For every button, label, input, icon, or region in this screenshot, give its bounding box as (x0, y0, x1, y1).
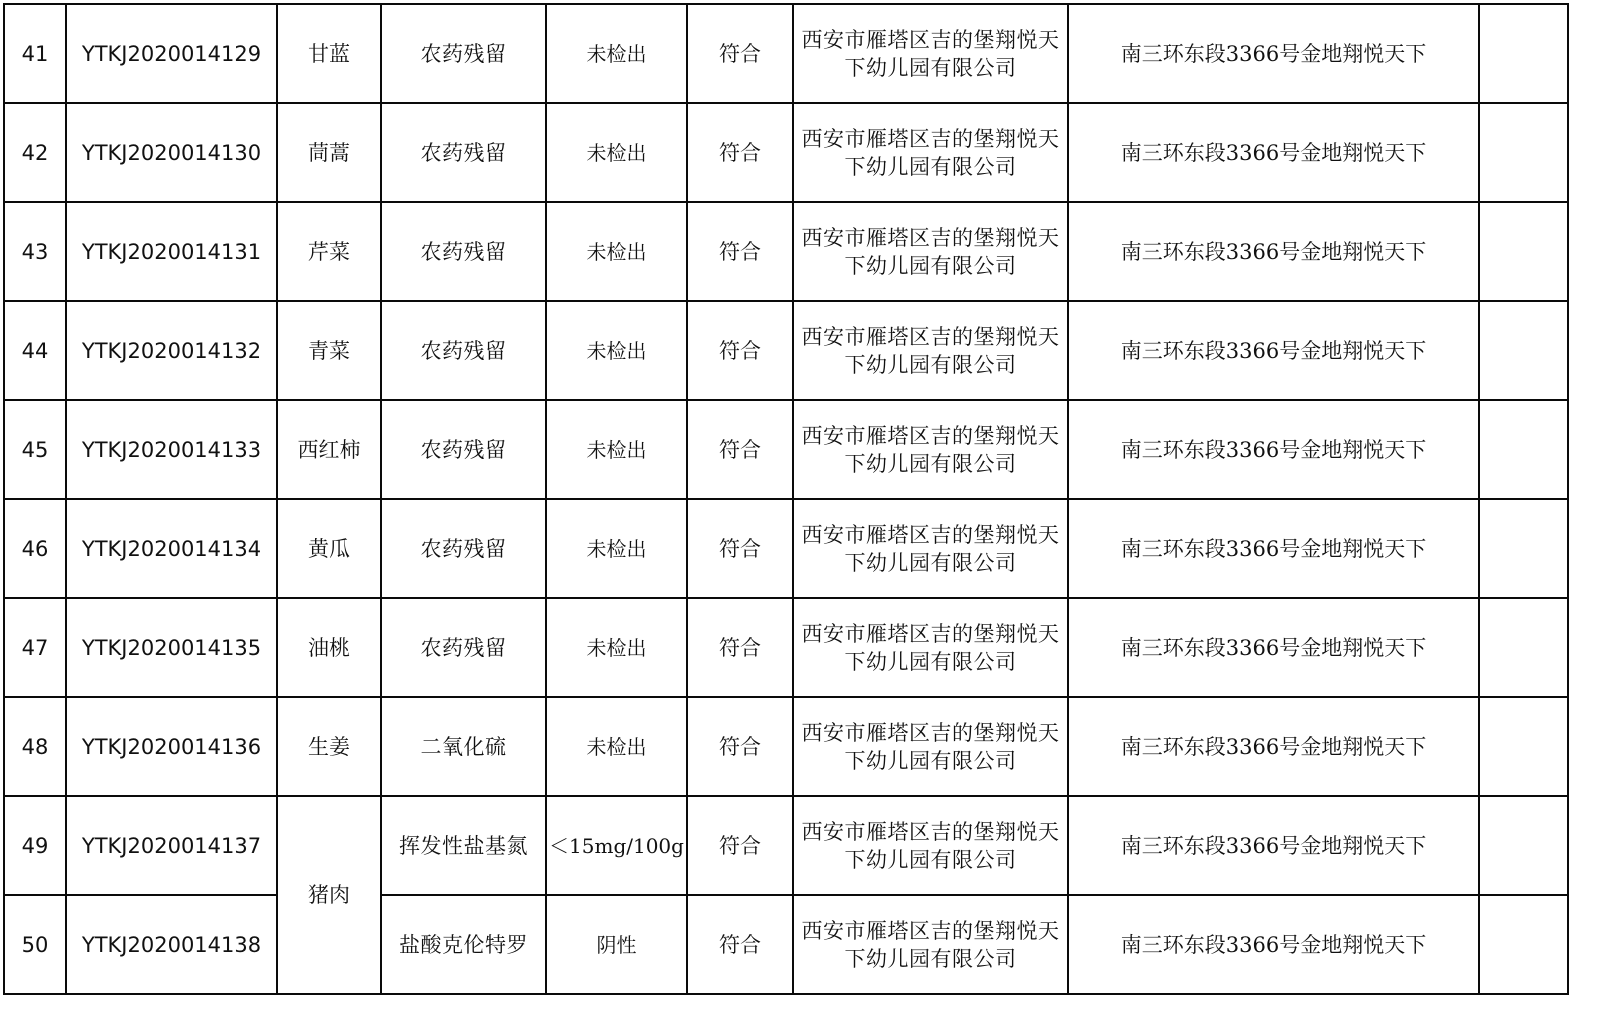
table-row: 42 YTKJ2020014130 茼蒿 农药残留 未检出 符合 西安市雁塔区吉… (4, 103, 1568, 202)
inspected-organization: 西安市雁塔区吉的堡翔悦天下幼儿园有限公司 (793, 499, 1068, 598)
address: 南三环东段3366号金地翔悦天下 (1068, 796, 1479, 895)
sample-code: YTKJ2020014129 (66, 4, 277, 103)
address: 南三环东段3366号金地翔悦天下 (1068, 103, 1479, 202)
sample-name: 油桃 (277, 598, 381, 697)
row-number: 46 (4, 499, 66, 598)
test-result: 未检出 (546, 4, 687, 103)
remark (1479, 895, 1568, 994)
test-result: 未检出 (546, 301, 687, 400)
test-item: 农药残留 (381, 499, 546, 598)
inspected-organization: 西安市雁塔区吉的堡翔悦天下幼儿园有限公司 (793, 103, 1068, 202)
sample-name: 芹菜 (277, 202, 381, 301)
table-row: 41 YTKJ2020014129 甘蓝 农药残留 未检出 符合 西安市雁塔区吉… (4, 4, 1568, 103)
row-number: 49 (4, 796, 66, 895)
inspected-organization: 西安市雁塔区吉的堡翔悦天下幼儿园有限公司 (793, 598, 1068, 697)
sample-name: 青菜 (277, 301, 381, 400)
test-result: 阴性 (546, 895, 687, 994)
test-item: 农药残留 (381, 598, 546, 697)
row-number: 43 (4, 202, 66, 301)
inspected-organization: 西安市雁塔区吉的堡翔悦天下幼儿园有限公司 (793, 400, 1068, 499)
address: 南三环东段3366号金地翔悦天下 (1068, 400, 1479, 499)
table-row: 47 YTKJ2020014135 油桃 农药残留 未检出 符合 西安市雁塔区吉… (4, 598, 1568, 697)
test-item: 农药残留 (381, 202, 546, 301)
test-item: 农药残留 (381, 400, 546, 499)
sample-code: YTKJ2020014135 (66, 598, 277, 697)
sample-code: YTKJ2020014138 (66, 895, 277, 994)
test-result: ＜15mg/100g (546, 796, 687, 895)
sample-code: YTKJ2020014134 (66, 499, 277, 598)
remark (1479, 103, 1568, 202)
remark (1479, 697, 1568, 796)
inspected-organization: 西安市雁塔区吉的堡翔悦天下幼儿园有限公司 (793, 301, 1068, 400)
address: 南三环东段3366号金地翔悦天下 (1068, 4, 1479, 103)
inspection-results-table: 41 YTKJ2020014129 甘蓝 农药残留 未检出 符合 西安市雁塔区吉… (3, 3, 1569, 995)
verdict: 符合 (687, 400, 793, 499)
remark (1479, 499, 1568, 598)
address: 南三环东段3366号金地翔悦天下 (1068, 598, 1479, 697)
sample-name: 黄瓜 (277, 499, 381, 598)
address: 南三环东段3366号金地翔悦天下 (1068, 895, 1479, 994)
remark (1479, 301, 1568, 400)
verdict: 符合 (687, 796, 793, 895)
test-item: 二氧化硫 (381, 697, 546, 796)
sample-code: YTKJ2020014131 (66, 202, 277, 301)
test-item: 盐酸克伦特罗 (381, 895, 546, 994)
inspected-organization: 西安市雁塔区吉的堡翔悦天下幼儿园有限公司 (793, 697, 1068, 796)
remark (1479, 202, 1568, 301)
sample-name: 茼蒿 (277, 103, 381, 202)
address: 南三环东段3366号金地翔悦天下 (1068, 202, 1479, 301)
remark (1479, 4, 1568, 103)
remark (1479, 796, 1568, 895)
address: 南三环东段3366号金地翔悦天下 (1068, 301, 1479, 400)
sample-name: 猪肉 (277, 796, 381, 994)
verdict: 符合 (687, 301, 793, 400)
verdict: 符合 (687, 4, 793, 103)
test-result: 未检出 (546, 202, 687, 301)
sample-code: YTKJ2020014132 (66, 301, 277, 400)
test-item: 挥发性盐基氮 (381, 796, 546, 895)
address: 南三环东段3366号金地翔悦天下 (1068, 697, 1479, 796)
table-row: 50 YTKJ2020014138 盐酸克伦特罗 阴性 符合 西安市雁塔区吉的堡… (4, 895, 1568, 994)
verdict: 符合 (687, 598, 793, 697)
inspected-organization: 西安市雁塔区吉的堡翔悦天下幼儿园有限公司 (793, 4, 1068, 103)
table-row: 44 YTKJ2020014132 青菜 农药残留 未检出 符合 西安市雁塔区吉… (4, 301, 1568, 400)
row-number: 48 (4, 697, 66, 796)
test-item: 农药残留 (381, 103, 546, 202)
test-result: 未检出 (546, 598, 687, 697)
verdict: 符合 (687, 895, 793, 994)
table-row: 45 YTKJ2020014133 西红柿 农药残留 未检出 符合 西安市雁塔区… (4, 400, 1568, 499)
verdict: 符合 (687, 103, 793, 202)
table-row: 46 YTKJ2020014134 黄瓜 农药残留 未检出 符合 西安市雁塔区吉… (4, 499, 1568, 598)
row-number: 42 (4, 103, 66, 202)
row-number: 45 (4, 400, 66, 499)
sample-name: 西红柿 (277, 400, 381, 499)
test-result: 未检出 (546, 103, 687, 202)
row-number: 50 (4, 895, 66, 994)
remark (1479, 598, 1568, 697)
test-item: 农药残留 (381, 301, 546, 400)
row-number: 44 (4, 301, 66, 400)
test-result: 未检出 (546, 697, 687, 796)
row-number: 47 (4, 598, 66, 697)
sample-code: YTKJ2020014136 (66, 697, 277, 796)
sample-code: YTKJ2020014130 (66, 103, 277, 202)
inspected-organization: 西安市雁塔区吉的堡翔悦天下幼儿园有限公司 (793, 796, 1068, 895)
row-number: 41 (4, 4, 66, 103)
test-result: 未检出 (546, 400, 687, 499)
inspected-organization: 西安市雁塔区吉的堡翔悦天下幼儿园有限公司 (793, 895, 1068, 994)
inspected-organization: 西安市雁塔区吉的堡翔悦天下幼儿园有限公司 (793, 202, 1068, 301)
remark (1479, 400, 1568, 499)
verdict: 符合 (687, 202, 793, 301)
table-row: 43 YTKJ2020014131 芹菜 农药残留 未检出 符合 西安市雁塔区吉… (4, 202, 1568, 301)
verdict: 符合 (687, 499, 793, 598)
test-result: 未检出 (546, 499, 687, 598)
table-row: 49 YTKJ2020014137 猪肉 挥发性盐基氮 ＜15mg/100g 符… (4, 796, 1568, 895)
sample-code: YTKJ2020014133 (66, 400, 277, 499)
sample-code: YTKJ2020014137 (66, 796, 277, 895)
sample-name: 甘蓝 (277, 4, 381, 103)
table-row: 48 YTKJ2020014136 生姜 二氧化硫 未检出 符合 西安市雁塔区吉… (4, 697, 1568, 796)
sample-name: 生姜 (277, 697, 381, 796)
verdict: 符合 (687, 697, 793, 796)
test-item: 农药残留 (381, 4, 546, 103)
address: 南三环东段3366号金地翔悦天下 (1068, 499, 1479, 598)
